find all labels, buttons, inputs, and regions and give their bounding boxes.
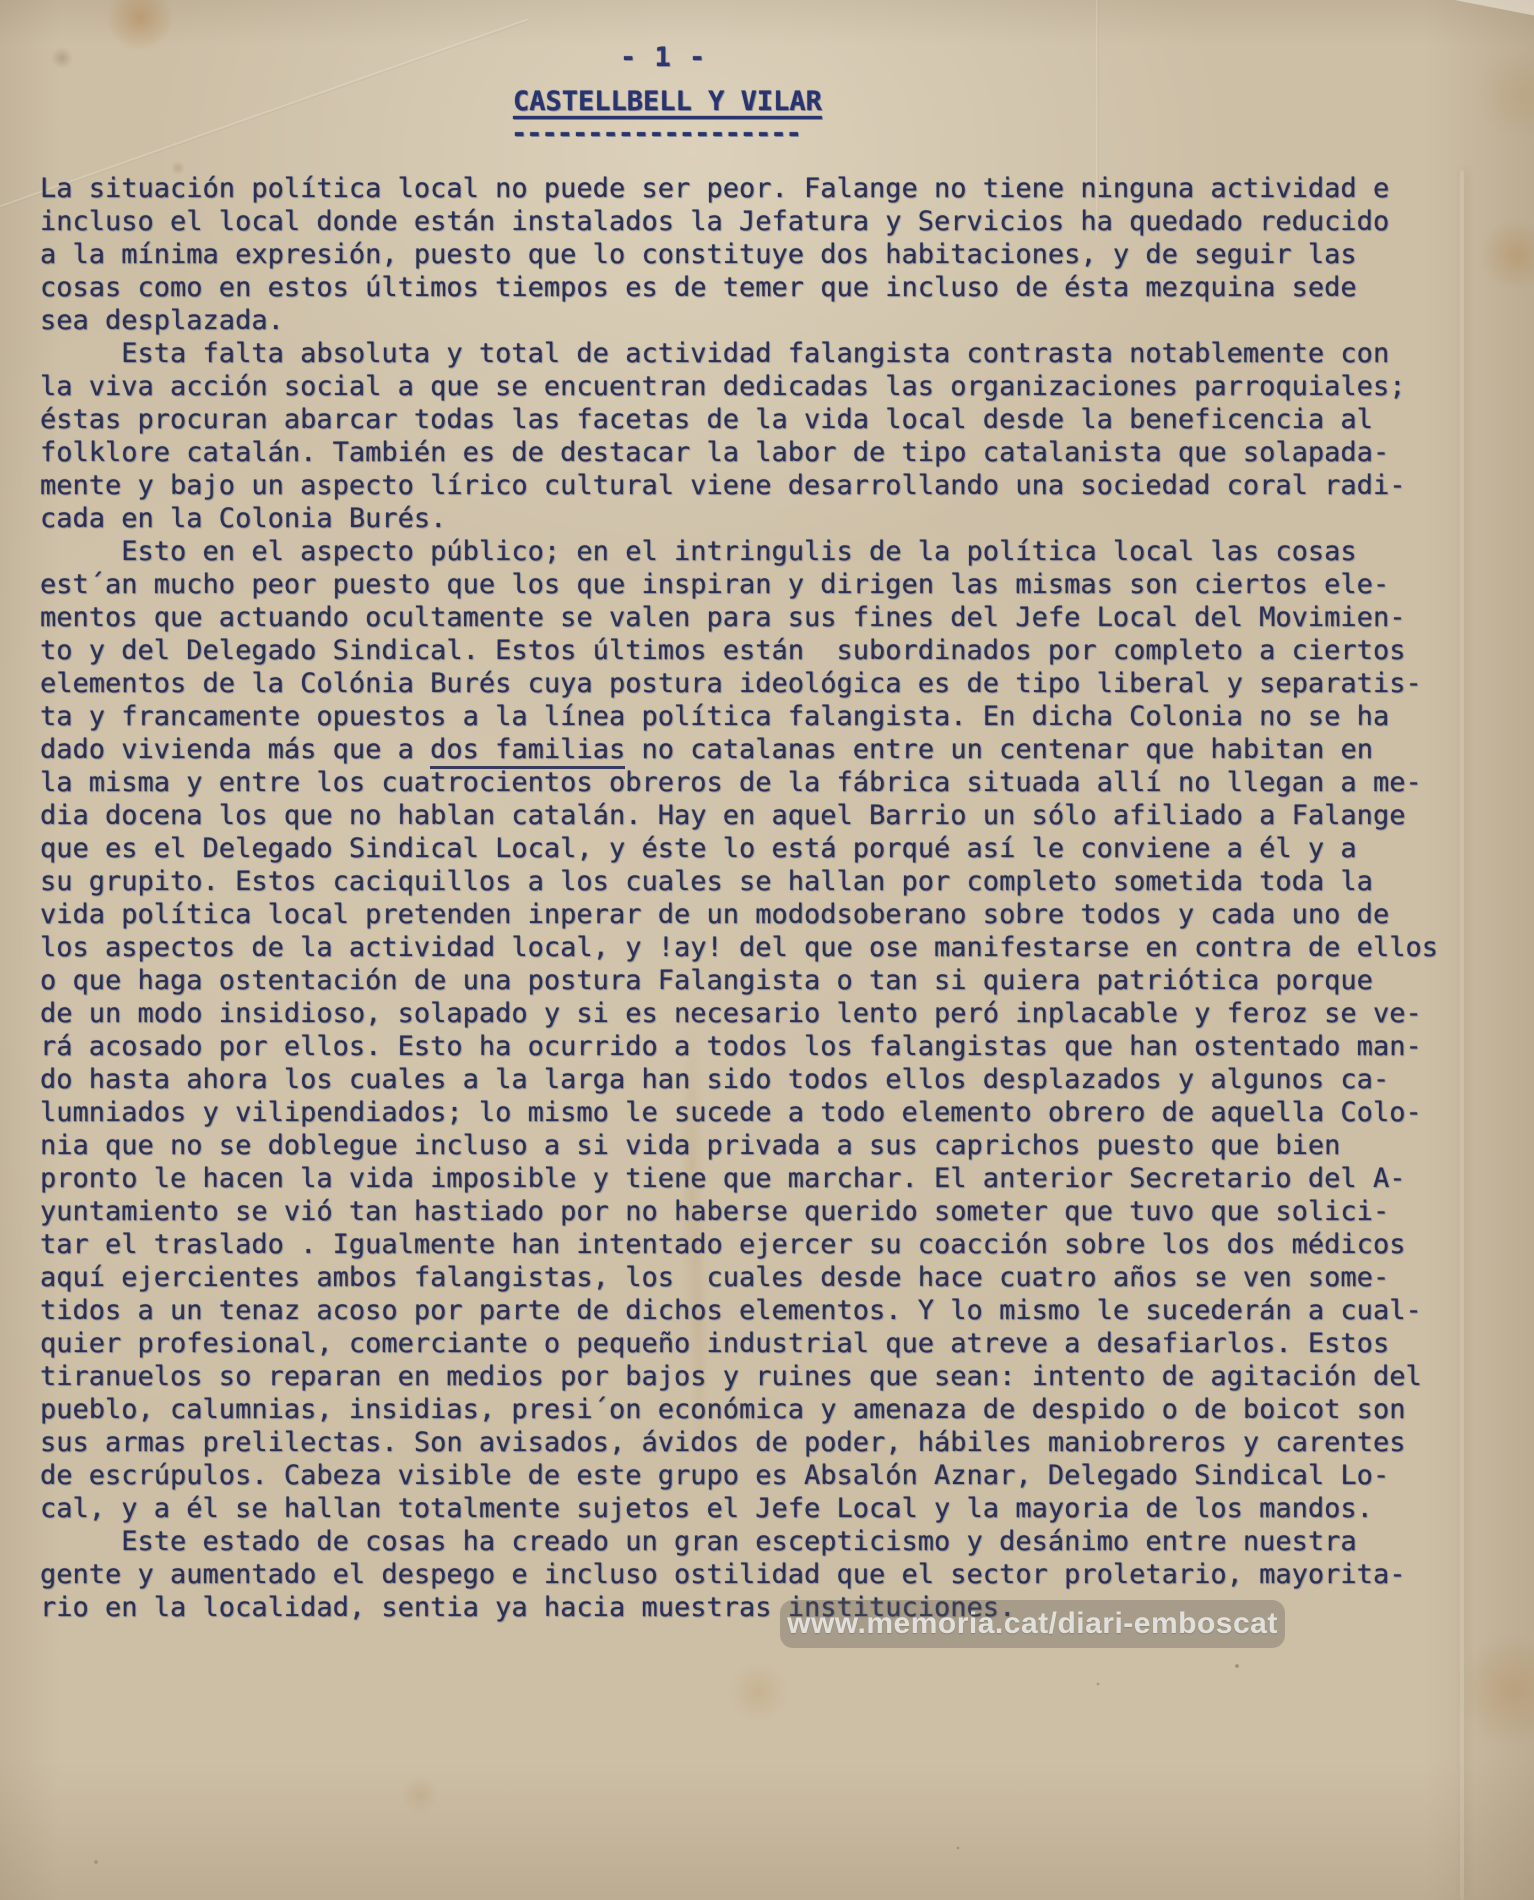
text-line: est´an mucho peor puesto que los que ins…: [40, 568, 1438, 601]
text-line: la viva acción social a que se encuentra…: [40, 370, 1438, 403]
watermark-pill: www.memoria.cat/diari-emboscat: [780, 1600, 1285, 1648]
text-line: pueblo, calumnias, insidias, presi´on ec…: [40, 1393, 1438, 1426]
text-line: cosas como en estos últimos tiempos es d…: [40, 271, 1438, 304]
text-line: tiranuelos so reparan en medios por bajo…: [40, 1360, 1438, 1393]
text-line: su grupito. Estos caciquillos a los cual…: [40, 865, 1438, 898]
text-line: cada en la Colonia Burés.: [40, 502, 1438, 535]
text-line: gente y aumentado el despego e incluso o…: [40, 1558, 1438, 1591]
watermark-text: www.memoria.cat/diari-emboscat: [787, 1607, 1278, 1641]
text-line: que es el Delegado Sindical Local, y ést…: [40, 832, 1438, 865]
text-line: sea desplazada.: [40, 304, 1438, 337]
text-line: a la mínima expresión, puesto que lo con…: [40, 238, 1438, 271]
text-line: nia que no se doblegue incluso a si vida…: [40, 1129, 1438, 1162]
text-line: do hasta ahora los cuales a la larga han…: [40, 1063, 1438, 1096]
text-line: de escrúpulos. Cabeza visible de este gr…: [40, 1459, 1438, 1492]
text-line: dia docena los que no hablan catalán. Ha…: [40, 799, 1438, 832]
document-title: CASTELLBELL Y VILAR: [513, 86, 822, 117]
text-line: de un modo insidioso, solapado y si es n…: [40, 997, 1438, 1030]
text-line: la misma y entre los cuatrocientos obrer…: [40, 766, 1438, 799]
text-line: lumniados y vilipendiados; lo mismo le s…: [40, 1096, 1438, 1129]
text-line: mente y bajo un aspecto lírico cultural …: [40, 469, 1438, 502]
paper-crease-right: [1460, 170, 1464, 1900]
text-line: Esto en el aspecto público; en el intrin…: [40, 535, 1438, 568]
text-line: tidos a un tenaz acoso por parte de dich…: [40, 1294, 1438, 1327]
text-line: sus armas prelilectas. Son avisados, ávi…: [40, 1426, 1438, 1459]
text-line: folklore catalán. También es de destacar…: [40, 436, 1438, 469]
text-line: incluso el local donde están instalados …: [40, 205, 1438, 238]
text-line: La situación política local no puede ser…: [40, 172, 1438, 205]
text-line: tar el traslado . Igualmente han intenta…: [40, 1228, 1438, 1261]
document-scan-page: - 1 - CASTELLBELL Y VILAR --------------…: [0, 0, 1534, 1900]
page-number: - 1 -: [620, 42, 706, 73]
paper-corner-highlight: [1447, 0, 1534, 33]
text-line: aquí ejercientes ambos falangistas, los …: [40, 1261, 1438, 1294]
title-underline-dashes: -------------------: [511, 118, 801, 149]
text-line: dado vivienda más que a dos familias no …: [40, 733, 1438, 766]
text-line: los aspectos de la actividad local, y !a…: [40, 931, 1438, 964]
text-line: o que haga ostentación de una postura Fa…: [40, 964, 1438, 997]
text-line: éstas procuran abarcar todas las facetas…: [40, 403, 1438, 436]
text-line: quier profesional, comerciante o pequeño…: [40, 1327, 1438, 1360]
text-line: rá acosado por ellos. Esto ha ocurrido a…: [40, 1030, 1438, 1063]
text-line: cal, y a él se hallan totalmente sujetos…: [40, 1492, 1438, 1525]
text-line: elementos de la Colónia Burés cuya postu…: [40, 667, 1438, 700]
text-line: pronto le hacen la vida imposible y tien…: [40, 1162, 1438, 1195]
text-line: ta y francamente opuestos a la línea pol…: [40, 700, 1438, 733]
text-line: to y del Delegado Sindical. Estos último…: [40, 634, 1438, 667]
text-line: Este estado de cosas ha creado un gran e…: [40, 1525, 1438, 1558]
text-line: mentos que actuando ocultamente se valen…: [40, 601, 1438, 634]
text-line: vida política local pretenden inperar de…: [40, 898, 1438, 931]
body-text: La situación política local no puede ser…: [40, 172, 1438, 1624]
text-line: Esta falta absoluta y total de actividad…: [40, 337, 1438, 370]
underlined-phrase: dos familias: [430, 734, 625, 769]
text-line: yuntamiento se vió tan hastiado por no h…: [40, 1195, 1438, 1228]
